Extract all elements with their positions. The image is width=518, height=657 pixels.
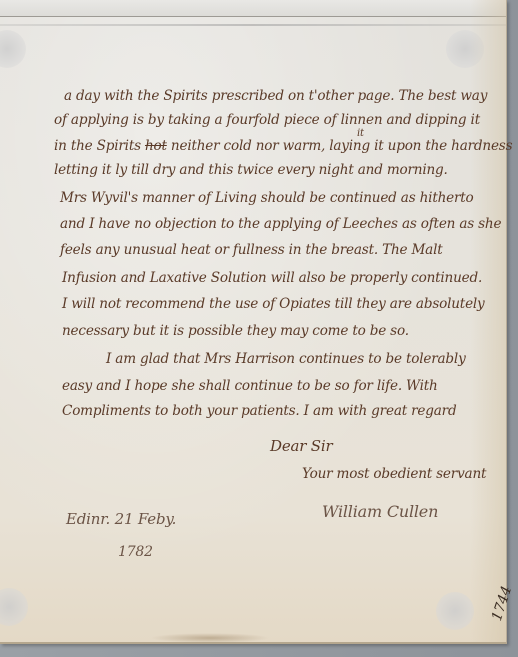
letter-line-13: Compliments to both your patients. I am … [62, 403, 456, 419]
letter-line-6: and I have no objection to the applying … [60, 216, 501, 232]
letter-line-11: I am glad that Mrs Harrison continues to… [106, 351, 466, 367]
valediction: Your most obedient servant [302, 466, 486, 482]
letter-line-2: of applying is by taking a fourfold piec… [54, 112, 480, 128]
dateline-place-date: Edinr. 21 Feby. [66, 510, 176, 528]
letter-line-3: in the Spirits hot neither cold nor warm… [54, 138, 512, 154]
letter-line-7: feels any unusual heat or fullness in th… [60, 242, 443, 258]
letter-page: a day with the Spirits prescribed on t'o… [0, 0, 507, 644]
mount-hole-bottom-left [0, 588, 28, 626]
signature: William Cullen [322, 502, 438, 521]
mount-hole-top-left [0, 30, 26, 68]
page-crease [0, 24, 506, 26]
letter-line-3-start: in the Spirits [54, 138, 141, 154]
letter-line-9: I will not recommend the use of Opiates … [62, 296, 485, 312]
top-fold-edge [0, 0, 506, 17]
mount-hole-bottom-right [436, 592, 474, 630]
letter-line-12: easy and I hope she shall continue to be… [62, 378, 438, 394]
letter-line-5: Mrs Wyvil's manner of Living should be c… [60, 190, 474, 206]
letter-line-4: letting it ly till dry and this twice ev… [54, 162, 448, 178]
dateline-year: 1782 [118, 544, 153, 560]
letter-line-3-end: neither cold nor warm, laying it upon th… [171, 138, 512, 154]
salutation: Dear Sir [270, 437, 332, 455]
struck-word: hot [145, 138, 167, 154]
letter-line-8: Infusion and Laxative Solution will also… [62, 270, 482, 286]
letter-line-1: a day with the Spirits prescribed on t'o… [64, 88, 487, 104]
letter-line-10: necessary but it is possible they may co… [62, 323, 409, 339]
inserted-word: it [357, 128, 364, 139]
bottom-stain [150, 633, 270, 643]
